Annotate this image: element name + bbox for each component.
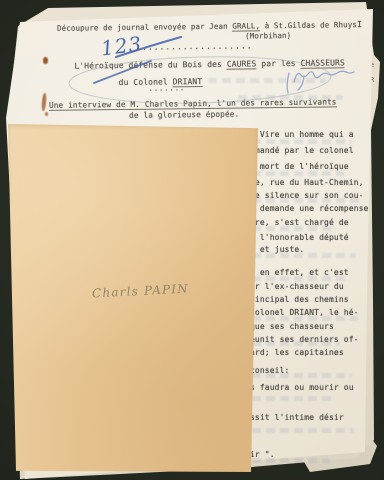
typed-line-fragment: a mort de l'héroïque (250, 162, 349, 171)
typed-line-fragment: que ses chasseurs (250, 322, 334, 331)
rust-stain (43, 57, 48, 64)
subtitle-line-2: de la glorieuse épopée. (129, 110, 239, 120)
rust-stain (45, 112, 48, 116)
header-line-1-prefix: Découpure de journal envoyée par Jean (57, 22, 232, 33)
typed-line-fragment: le silence sur son cou- (250, 191, 364, 200)
typed-line-fragment: ir ". (250, 450, 275, 459)
typed-line-fragment: ssit l'intime désir (250, 413, 344, 422)
typed-text-column: à Vire un homme qui a mmandé par le colo… (249, 124, 371, 469)
dotted-separator: .................... (136, 41, 252, 51)
page-number: I (357, 20, 362, 30)
title-seg1: L'Héroïque défense du Bois des (74, 60, 227, 71)
envelope: Charls PAPIN (8, 124, 258, 473)
typed-line-fragment: t demande une récompense (250, 204, 368, 213)
title-seg2: par les (256, 59, 300, 69)
typed-line-fragment: rincipal des chemins (250, 295, 349, 304)
title-caures: CAURES (227, 59, 257, 69)
title-chasseurs: CHASSEURS (301, 58, 345, 69)
typed-line-fragment: s faudra ou mourir ou (250, 383, 354, 392)
typed-line-fragment: colonel DRIANT, le hé- (250, 308, 359, 317)
typed-line-fragment: é en effet, et c'est (250, 268, 349, 277)
typed-line-fragment: ire, s'est chargé de (250, 218, 349, 227)
document-header: Découpure de journal envoyée par Jean GR… (0, 0, 384, 130)
typed-line-fragment: ur l'ex-chasseur du (250, 282, 344, 291)
title-line-1: L'Héroïque défense du Bois des CAURES pa… (74, 58, 345, 70)
typed-line-fragment: re, rue du Haut-Chemin, (250, 178, 364, 187)
typed-line-fragment: s l'honorable député (250, 233, 349, 242)
envelope-handwritten-name: Charls PAPIN (92, 281, 190, 300)
scanned-document: e R Découpure de journal envoyée par Jea… (0, 0, 384, 480)
small-dots: ······· (149, 86, 186, 94)
sender-name: GRALL, (232, 21, 260, 31)
typed-line-fragment: à Vire un homme qui a (250, 130, 354, 139)
handwritten-number: 123 (100, 32, 144, 61)
typed-line-fragment: e et juste. (250, 245, 304, 254)
subtitle-line-1: Une interview de M. Charles Papin, l'un … (49, 97, 337, 110)
typed-line-fragment: ard; les capitaines (250, 348, 344, 357)
typed-line-fragment: mmandé par le colonel (250, 146, 354, 155)
subtitle-text: Une interview de M. Charles Papin, l'un … (49, 97, 337, 111)
header-line-2: (Morbihan) (245, 31, 291, 41)
typed-line-fragment: conseil: (250, 366, 290, 375)
header-line-1-suffix: à St.Gildas de Rhuys (260, 20, 357, 30)
typed-line-fragment: éunit ses derniers of- (250, 335, 359, 344)
header-line-1: Découpure de journal envoyée par Jean GR… (57, 20, 357, 33)
